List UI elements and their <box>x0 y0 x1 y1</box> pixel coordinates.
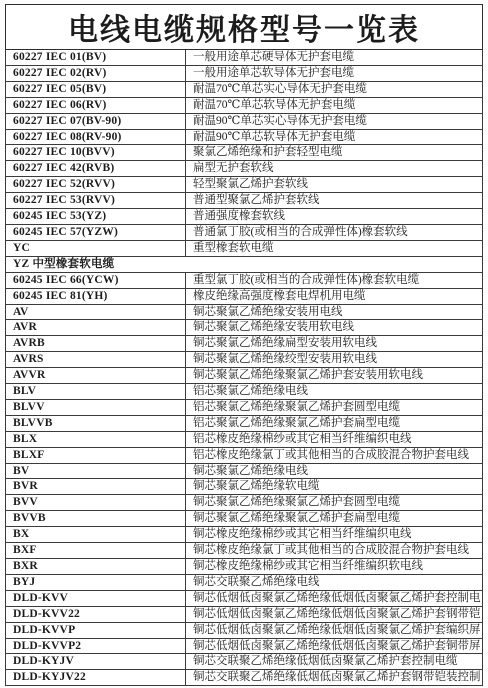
table-row: 60227 IEC 05(BV)耐温70℃单芯实心导体无护套电缆 <box>6 81 483 97</box>
table-row: 60245 IEC 81(YH)橡皮绝缘高强度橡套电焊机用电缆 <box>6 288 483 304</box>
description-cell: 铝芯橡皮绝缘氯丁或其他相当的合成胶混合物护套电线 <box>186 447 483 463</box>
model-cell: 60227 IEC 01(BV) <box>6 50 186 66</box>
table-row: 60227 IEC 10(BVV)聚氯乙烯绝缘和护套轻型电缆 <box>6 145 483 161</box>
model-cell: 60227 IEC 53(RVV) <box>6 193 186 209</box>
description-cell: 重型氯丁胶(或相当的合成弹性体)橡套软电缆 <box>186 272 483 288</box>
table-row: DLD-KVVP铜芯低烟低卤聚氯乙烯绝缘低烟低卤聚氯乙烯护套编织屏 <box>6 622 483 638</box>
table-row: AV铜芯聚氯乙烯绝缘安装用电线 <box>6 304 483 320</box>
model-cell: 60227 IEC 52(RVV) <box>6 177 186 193</box>
model-cell: YZ 中型橡套软电缆 <box>6 256 483 272</box>
description-cell: 铜芯聚氯乙烯绝缘聚氯乙烯护套扁型电缆 <box>186 511 483 527</box>
table-body: 60227 IEC 01(BV)一般用途单芯硬导体无护套电缆60227 IEC … <box>6 50 483 686</box>
description-cell: 普通型聚氯乙烯护套软线 <box>186 193 483 209</box>
model-cell: BYJ <box>6 574 186 590</box>
model-cell: 60245 IEC 57(YZW) <box>6 224 186 240</box>
description-cell: 铝芯聚氯乙烯绝缘聚氯乙烯护套扁型电缆 <box>186 415 483 431</box>
model-cell: 60227 IEC 05(BV) <box>6 81 186 97</box>
table-row: 60227 IEC 52(RVV)轻型聚氯乙烯护套软线 <box>6 177 483 193</box>
description-cell: 铜芯聚氯乙烯绝缘软电缆 <box>186 479 483 495</box>
description-cell: 铜芯聚氯乙烯绝缘聚氯乙烯护套安装用软电线 <box>186 368 483 384</box>
model-cell: 60227 IEC 08(RV-90) <box>6 129 186 145</box>
table-row: 60227 IEC 07(BV-90)耐温90℃单芯实心导体无护套电缆 <box>6 113 483 129</box>
table-row: 60245 IEC 53(YZ)普通强度橡套软线 <box>6 209 483 225</box>
table-row: BLXF铝芯橡皮绝缘氯丁或其他相当的合成胶混合物护套电线 <box>6 447 483 463</box>
description-cell: 铜芯低烟低卤聚氯乙烯绝缘低烟低卤聚氯乙烯护套铜带屏 <box>186 638 483 654</box>
table-row: BLVV铝芯聚氯乙烯绝缘聚氯乙烯护套圆型电缆 <box>6 399 483 415</box>
model-cell: BXR <box>6 559 186 575</box>
table-row: 60227 IEC 06(RV)耐温70℃单芯软导体无护套电缆 <box>6 97 483 113</box>
table-row: AVR铜芯聚氯乙烯绝缘安装用软电线 <box>6 320 483 336</box>
model-cell: DLD-KVVP <box>6 622 186 638</box>
table-row: AVVR铜芯聚氯乙烯绝缘聚氯乙烯护套安装用软电线 <box>6 368 483 384</box>
table-row: AVRB铜芯聚氯乙烯绝缘扁型安装用软电线 <box>6 336 483 352</box>
table-row: BV铜芯聚氯乙烯绝缘电线 <box>6 463 483 479</box>
model-cell: BV <box>6 463 186 479</box>
description-cell: 聚氯乙烯绝缘和护套轻型电缆 <box>186 145 483 161</box>
description-cell: 一般用途单芯软导体无护套电缆 <box>186 65 483 81</box>
table-row: BVV铜芯聚氯乙烯绝缘聚氯乙烯护套圆型电缆 <box>6 495 483 511</box>
description-cell: 铜芯橡皮绝缘氯丁或其他相当的合成胶混合物护套电线 <box>186 543 483 559</box>
model-cell: DLD-KYJV22 <box>6 670 186 686</box>
model-cell: AVRB <box>6 336 186 352</box>
table-row: BYJ铜芯交联聚乙烯绝缘电线 <box>6 574 483 590</box>
table-row: 60245 IEC 57(YZW)普通氯丁胶(或相当的合成弹性体)橡套软线 <box>6 224 483 240</box>
model-cell: BVVB <box>6 511 186 527</box>
table-row: BVR铜芯聚氯乙烯绝缘软电缆 <box>6 479 483 495</box>
model-cell: 60227 IEC 06(RV) <box>6 97 186 113</box>
description-cell: 橡皮绝缘高强度橡套电焊机用电缆 <box>186 288 483 304</box>
table-row: BLVVB铝芯聚氯乙烯绝缘聚氯乙烯护套扁型电缆 <box>6 415 483 431</box>
model-cell: BLV <box>6 384 186 400</box>
description-cell: 普通强度橡套软线 <box>186 209 483 225</box>
model-cell: DLD-KVV <box>6 590 186 606</box>
table-row: 60227 IEC 01(BV)一般用途单芯硬导体无护套电缆 <box>6 50 483 66</box>
description-cell: 铜芯橡皮绝缘棉纱或其它相当纤维编织电线 <box>186 527 483 543</box>
table-row: 60227 IEC 42(RVB)扁型无护套软线 <box>6 161 483 177</box>
model-cell: DLD-KVV22 <box>6 606 186 622</box>
model-cell: BXF <box>6 543 186 559</box>
model-cell: 60245 IEC 81(YH) <box>6 288 186 304</box>
description-cell: 铜芯聚氯乙烯绝缘安装用电线 <box>186 304 483 320</box>
table-row: BXR铜芯橡皮绝缘棉纱或其它相当纤维编织软电线 <box>6 559 483 575</box>
description-cell: 铜芯聚氯乙烯绝缘安装用软电线 <box>186 320 483 336</box>
description-cell: 耐温90℃单芯软导体无护套电缆 <box>186 129 483 145</box>
model-cell: DLD-KYJV <box>6 654 186 670</box>
description-cell: 扁型无护套软线 <box>186 161 483 177</box>
table-row: 60227 IEC 02(RV)一般用途单芯软导体无护套电缆 <box>6 65 483 81</box>
table-row: 60227 IEC 53(RVV)普通型聚氯乙烯护套软线 <box>6 193 483 209</box>
description-cell: 重型橡套软电缆 <box>186 240 483 256</box>
model-cell: AVVR <box>6 368 186 384</box>
model-cell: AVRS <box>6 352 186 368</box>
table-row: DLD-KVV铜芯低烟低卤聚氯乙烯绝缘低烟低卤聚氯乙烯护套控制电 <box>6 590 483 606</box>
table-row: BVVB铜芯聚氯乙烯绝缘聚氯乙烯护套扁型电缆 <box>6 511 483 527</box>
model-cell: 60227 IEC 07(BV-90) <box>6 113 186 129</box>
model-cell: BLVV <box>6 399 186 415</box>
description-cell: 铝芯聚氯乙烯绝缘电线 <box>186 384 483 400</box>
description-cell: 铜芯低烟低卤聚氯乙烯绝缘低烟低卤聚氯乙烯护套控制电 <box>186 590 483 606</box>
table-row: BX铜芯橡皮绝缘棉纱或其它相当纤维编织电线 <box>6 527 483 543</box>
table-row: DLD-KVV22铜芯低烟低卤聚氯乙烯绝缘低烟低卤聚氯乙烯护套钢带铠 <box>6 606 483 622</box>
cable-spec-table: 电线电缆规格型号一览表 60227 IEC 01(BV)一般用途单芯硬导体无护套… <box>5 4 483 686</box>
description-cell: 铜芯交联聚乙烯绝缘低烟低卤聚氯乙烯护套钢带铠装控制 <box>186 670 483 686</box>
model-cell: 60227 IEC 10(BVV) <box>6 145 186 161</box>
table-row: YZ 中型橡套软电缆 <box>6 256 483 272</box>
title-row: 电线电缆规格型号一览表 <box>6 5 483 50</box>
description-cell: 耐温70℃单芯软导体无护套电缆 <box>186 97 483 113</box>
table-row: BXF铜芯橡皮绝缘氯丁或其他相当的合成胶混合物护套电线 <box>6 543 483 559</box>
document-sheet: 电线电缆规格型号一览表 60227 IEC 01(BV)一般用途单芯硬导体无护套… <box>5 4 483 686</box>
model-cell: AVR <box>6 320 186 336</box>
description-cell: 铜芯橡皮绝缘棉纱或其它相当纤维编织软电线 <box>186 559 483 575</box>
model-cell: YC <box>6 240 186 256</box>
description-cell: 轻型聚氯乙烯护套软线 <box>186 177 483 193</box>
description-cell: 铜芯交联聚乙烯绝缘低烟低卤聚氯乙烯护套控制电缆 <box>186 654 483 670</box>
model-cell: DLD-KVVP2 <box>6 638 186 654</box>
description-cell: 普通氯丁胶(或相当的合成弹性体)橡套软线 <box>186 224 483 240</box>
description-cell: 一般用途单芯硬导体无护套电缆 <box>186 50 483 66</box>
description-cell: 铜芯交联聚乙烯绝缘电线 <box>186 574 483 590</box>
page-title: 电线电缆规格型号一览表 <box>6 5 483 50</box>
table-row: DLD-KVVP2铜芯低烟低卤聚氯乙烯绝缘低烟低卤聚氯乙烯护套铜带屏 <box>6 638 483 654</box>
description-cell: 铜芯聚氯乙烯绝缘电线 <box>186 463 483 479</box>
description-cell: 铝芯聚氯乙烯绝缘聚氯乙烯护套圆型电缆 <box>186 399 483 415</box>
model-cell: BVR <box>6 479 186 495</box>
description-cell: 耐温70℃单芯实心导体无护套电缆 <box>186 81 483 97</box>
table-row: AVRS铜芯聚氯乙烯绝缘绞型安装用软电线 <box>6 352 483 368</box>
model-cell: 60227 IEC 02(RV) <box>6 65 186 81</box>
model-cell: AV <box>6 304 186 320</box>
model-cell: 60227 IEC 42(RVB) <box>6 161 186 177</box>
description-cell: 铜芯聚氯乙烯绝缘绞型安装用软电线 <box>186 352 483 368</box>
table-row: DLD-KYJV22铜芯交联聚乙烯绝缘低烟低卤聚氯乙烯护套钢带铠装控制 <box>6 670 483 686</box>
model-cell: BX <box>6 527 186 543</box>
model-cell: BVV <box>6 495 186 511</box>
table-row: 60245 IEC 66(YCW)重型氯丁胶(或相当的合成弹性体)橡套软电缆 <box>6 272 483 288</box>
model-cell: BLVVB <box>6 415 186 431</box>
model-cell: 60245 IEC 53(YZ) <box>6 209 186 225</box>
model-cell: BLXF <box>6 447 186 463</box>
model-cell: 60245 IEC 66(YCW) <box>6 272 186 288</box>
table-row: 60227 IEC 08(RV-90)耐温90℃单芯软导体无护套电缆 <box>6 129 483 145</box>
description-cell: 铝芯橡皮绝缘棉纱或其它相当纤维编织电线 <box>186 431 483 447</box>
description-cell: 铜芯聚氯乙烯绝缘扁型安装用软电线 <box>186 336 483 352</box>
table-row: BLX铝芯橡皮绝缘棉纱或其它相当纤维编织电线 <box>6 431 483 447</box>
description-cell: 铜芯低烟低卤聚氯乙烯绝缘低烟低卤聚氯乙烯护套编织屏 <box>186 622 483 638</box>
description-cell: 耐温90℃单芯实心导体无护套电缆 <box>186 113 483 129</box>
model-cell: BLX <box>6 431 186 447</box>
description-cell: 铜芯聚氯乙烯绝缘聚氯乙烯护套圆型电缆 <box>186 495 483 511</box>
table-row: DLD-KYJV铜芯交联聚乙烯绝缘低烟低卤聚氯乙烯护套控制电缆 <box>6 654 483 670</box>
description-cell: 铜芯低烟低卤聚氯乙烯绝缘低烟低卤聚氯乙烯护套钢带铠 <box>186 606 483 622</box>
table-row: YC重型橡套软电缆 <box>6 240 483 256</box>
table-row: BLV铝芯聚氯乙烯绝缘电线 <box>6 384 483 400</box>
